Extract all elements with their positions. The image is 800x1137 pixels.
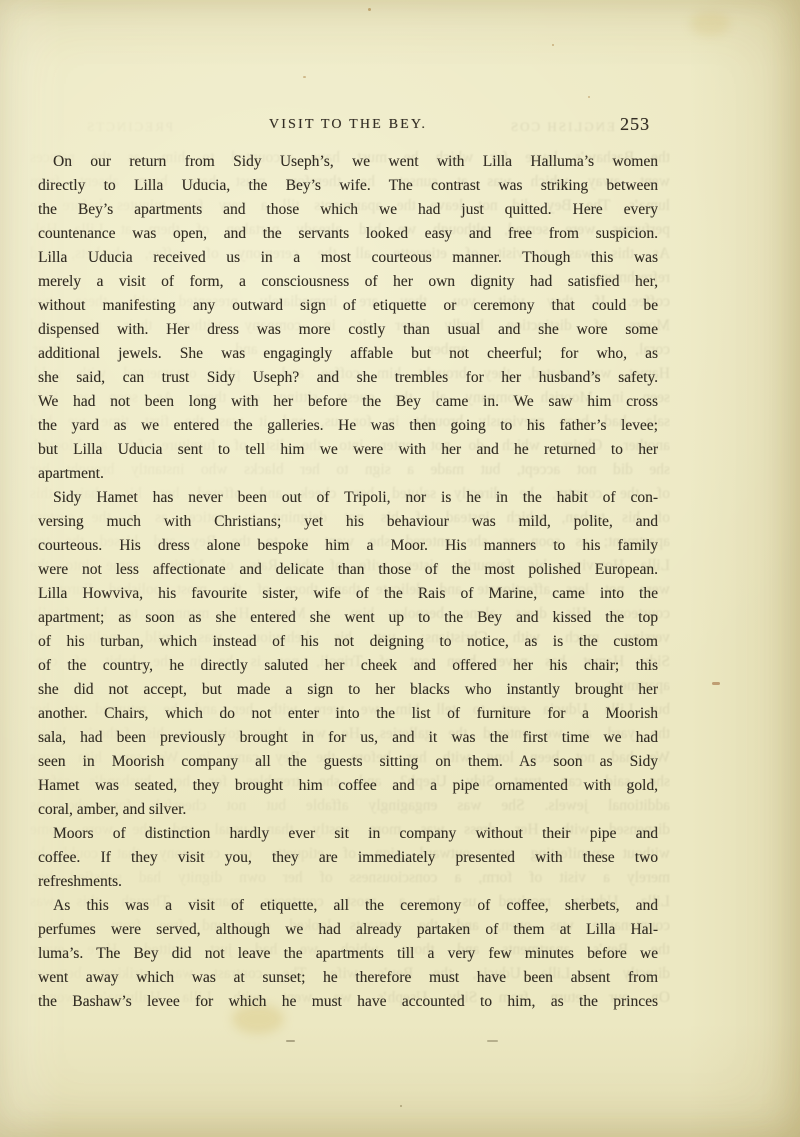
- text-line: On our return from Sidy Useph’s, we went…: [38, 150, 658, 174]
- scanned-book-page: ENGLISH COSPRECINCTSthe Bashaw’s levee f…: [0, 0, 800, 1137]
- paper-speck: [588, 96, 590, 98]
- text-line: luma’s. The Bey did not leave the apartm…: [38, 942, 658, 966]
- text-line: she said, can trust Sidy Useph? and she …: [38, 366, 658, 390]
- text-line: apartment.: [38, 462, 658, 486]
- text-line: another. Chairs, which do not enter into…: [38, 702, 658, 726]
- text-line: of his turban, which instead of his not …: [38, 630, 658, 654]
- text-line: dispensed with. Her dress was more costl…: [38, 318, 658, 342]
- paper-speck: [400, 1105, 402, 1107]
- text-line: went away which was at sunset; he theref…: [38, 966, 658, 990]
- text-line: Lilla Howviva, his favourite sister, wif…: [38, 582, 658, 606]
- text-line: seen in Moorish company all the guests s…: [38, 750, 658, 774]
- text-line: merely a visit of form, a consciousness …: [38, 270, 658, 294]
- text-line: apartment; as soon as she entered she we…: [38, 606, 658, 630]
- text-line: versing much with Christians; yet his be…: [38, 510, 658, 534]
- text-line: Moors of distinction hardly ever sit in …: [38, 822, 658, 846]
- text-line: she did not accept, but made a sign to h…: [38, 678, 658, 702]
- paragraph: Sidy Hamet has never been out of Tripoli…: [38, 486, 658, 822]
- text-line: coral, amber, and silver.: [38, 798, 658, 822]
- page-header: VISIT TO THE BEY. 253: [38, 114, 658, 140]
- paragraph: Moors of distinction hardly ever sit in …: [38, 822, 658, 894]
- text-line: were not less affectionate and delicate …: [38, 558, 658, 582]
- paragraph: On our return from Sidy Useph’s, we went…: [38, 150, 658, 486]
- ink-fleck: [286, 1040, 295, 1042]
- text-line: but Lilla Uducia sent to tell him we wer…: [38, 438, 658, 462]
- paragraph: As this was a visit of etiquette, all th…: [38, 894, 658, 1014]
- text-line: directly to Lilla Uducia, the Bey’s wife…: [38, 174, 658, 198]
- paper-stain: [690, 12, 730, 36]
- text-line: additional jewels. She was engagingly af…: [38, 342, 658, 366]
- ink-fleck: [487, 1040, 498, 1042]
- paper-speck: [368, 8, 371, 11]
- text-line: Lilla Uducia received us in a most court…: [38, 246, 658, 270]
- text-line: sala, had been previously brought in for…: [38, 726, 658, 750]
- text-line: We had not been long with her before the…: [38, 390, 658, 414]
- text-line: the Bey’s apartments and those which we …: [38, 198, 658, 222]
- text-line: courteous. His dress alone bespoke him a…: [38, 534, 658, 558]
- text-line: the Bashaw’s levee for which he must hav…: [38, 990, 658, 1014]
- text-line: the yard as we entered the galleries. He…: [38, 414, 658, 438]
- text-line: of the country, he directly saluted her …: [38, 654, 658, 678]
- text-line: countenance was open, and the servants l…: [38, 222, 658, 246]
- page-number: 253: [620, 114, 650, 135]
- text-line: without manifesting any outward sign of …: [38, 294, 658, 318]
- page-body: On our return from Sidy Useph’s, we went…: [38, 150, 658, 1014]
- text-line: coffee. If they visit you, they are imme…: [38, 846, 658, 870]
- text-line: Hamet was seated, they brought him coffe…: [38, 774, 658, 798]
- text-line: perfumes were served, although we had al…: [38, 918, 658, 942]
- text-line: As this was a visit of etiquette, all th…: [38, 894, 658, 918]
- running-title: VISIT TO THE BEY.: [269, 117, 427, 133]
- text-line: Sidy Hamet has never been out of Tripoli…: [38, 486, 658, 510]
- paper-speck: [552, 44, 554, 46]
- paper-speck: [303, 76, 306, 78]
- text-line: refreshments.: [38, 870, 658, 894]
- ink-fleck: [712, 682, 720, 685]
